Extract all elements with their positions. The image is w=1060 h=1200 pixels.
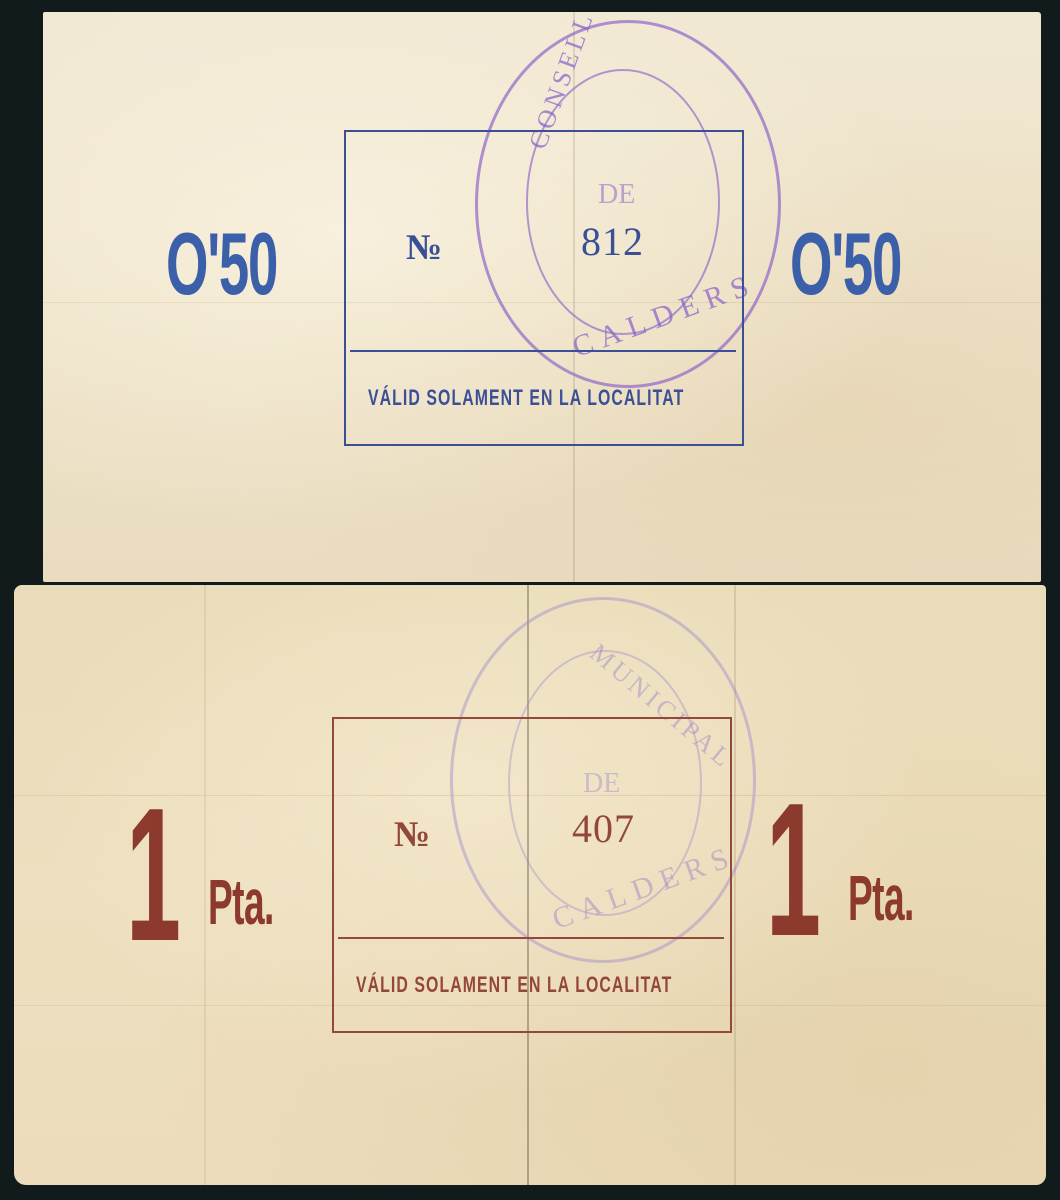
numero-symbol: №: [406, 226, 442, 268]
banknote-050: O'50 O'50 CONSELL MUNICIPAL DE CALDERS №…: [43, 12, 1041, 582]
paper-fold: [204, 585, 206, 1185]
serial-box: № 407 VÁLID SOLAMENT EN LA LOCALITAT: [332, 717, 732, 1033]
denomination-right-unit: Pta.: [848, 866, 914, 930]
denomination-left: O'50: [166, 220, 277, 308]
serial-box: № 812 VÁLID SOLAMENT EN LA LOCALITAT: [344, 130, 744, 446]
serial-number: 812: [581, 218, 644, 265]
paper-fold: [734, 585, 736, 1185]
divider-line: [338, 937, 724, 939]
denomination-left-unit: Pta.: [208, 870, 274, 934]
denomination-left-number: 1: [126, 790, 180, 960]
denomination-right-number: 1: [766, 785, 820, 955]
serial-number: 407: [572, 805, 635, 852]
numero-symbol: №: [394, 813, 430, 855]
divider-line: [350, 350, 736, 352]
validity-text: VÁLID SOLAMENT EN LA LOCALITAT: [368, 385, 684, 411]
validity-text: VÁLID SOLAMENT EN LA LOCALITAT: [356, 972, 672, 998]
banknote-1pta: 1 Pta. 1 Pta. MUNICIPAL DE CALDERS № 407…: [14, 585, 1046, 1185]
denomination-right: O'50: [790, 220, 901, 308]
